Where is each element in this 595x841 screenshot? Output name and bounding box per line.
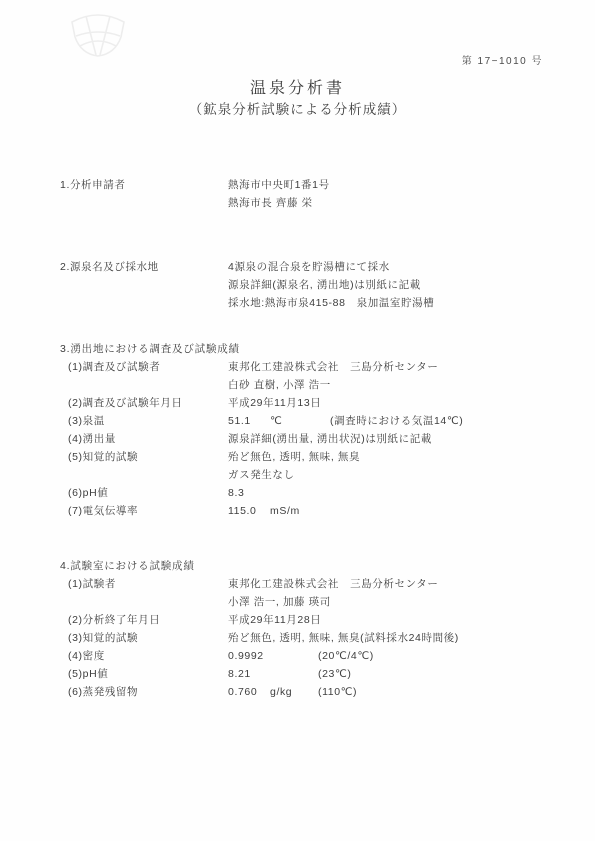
- row-value: 殆ど無色, 透明, 無味, 無臭(試料採水24時間後): [228, 629, 565, 647]
- doc-subtitle: （鉱泉分析試験による分析成績）: [0, 100, 595, 119]
- row-label: (3)知覚的試験: [68, 629, 228, 647]
- row-tester: (1)試験者 東邦化工建設株式会社 三島分析センター 小澤 浩一, 加藤 瑛司: [60, 575, 565, 611]
- surveyor-names: 白砂 直樹, 小澤 浩一: [228, 376, 565, 394]
- row-ph-lab: (5)pH値 8.21(23℃): [60, 665, 565, 683]
- row-discharge: (4)湧出量 源泉詳細(湧出量, 湧出状況)は別紙に記載: [60, 430, 565, 448]
- row-value: 平成29年11月28日: [228, 611, 565, 629]
- applicant-name: 熱海市長 齊藤 栄: [228, 194, 330, 212]
- section-onsite-survey-results: 3.湧出地における調査及び試験成績 (1)調査及び試験者 東邦化工建設株式会社 …: [60, 340, 565, 520]
- row-value: 0.760g/kg(110℃): [228, 683, 565, 701]
- row-sensory-test-onsite: (5)知覚的試験 殆ど無色, 透明, 無味, 無臭 ガス発生なし: [60, 448, 565, 484]
- row-value: 源泉詳細(湧出量, 湧出状況)は別紙に記載: [228, 430, 565, 448]
- temperature-unit: ℃: [270, 412, 330, 430]
- sampling-place: 採水地:熱海市泉415-88 泉加温室貯湯槽: [228, 294, 434, 312]
- applicant-address: 熱海市中央町1番1号: [228, 176, 330, 194]
- row-value: 8.21(23℃): [228, 665, 565, 683]
- doc-title: 温泉分析書: [0, 78, 595, 100]
- row-value: 115.0mS/m: [228, 502, 565, 520]
- row-spring-temperature: (3)泉温 51.1℃(調査時における気温14℃): [60, 412, 565, 430]
- row-ph-onsite: (6)pH値 8.3: [60, 484, 565, 502]
- section-source-and-sampling: 2.源泉名及び採水地 4源泉の混合泉を貯湯槽にて採水 源泉詳細(源泉名, 湧出地…: [60, 258, 565, 312]
- section1-label: 1.分析申請者: [60, 176, 228, 194]
- scanned-document-page: 第 17−1010 号 温泉分析書 （鉱泉分析試験による分析成績） 1.分析申請…: [0, 0, 595, 841]
- row-surveyor: (1)調査及び試験者 東邦化工建設株式会社 三島分析センター 白砂 直樹, 小澤…: [60, 358, 565, 394]
- residue-unit: g/kg: [270, 683, 318, 701]
- row-label: (6)蒸発残留物: [68, 683, 228, 701]
- section1-value: 熱海市中央町1番1号 熱海市長 齊藤 栄: [228, 176, 330, 212]
- row-label: (3)泉温: [68, 412, 228, 430]
- row-label: (1)調査及び試験者: [68, 358, 228, 376]
- section4-heading: 4.試験室における試験成績: [60, 557, 565, 575]
- ph-note: (23℃): [318, 668, 351, 680]
- row-value: 51.1℃(調査時における気温14℃): [228, 412, 565, 430]
- row-evaporation-residue: (6)蒸発残留物 0.760g/kg(110℃): [60, 683, 565, 701]
- row-label: (5)知覚的試験: [68, 448, 228, 466]
- doc-number: 第 17−1010 号: [462, 52, 543, 67]
- section-analysis-applicant: 1.分析申請者 熱海市中央町1番1号 熱海市長 齊藤 栄: [60, 176, 565, 212]
- row-label: (4)密度: [68, 647, 228, 665]
- surveyor-company: 東邦化工建設株式会社 三島分析センター: [228, 358, 565, 376]
- gas-note: ガス発生なし: [228, 466, 565, 484]
- conductivity-value: 115.0: [228, 502, 270, 520]
- temperature-note: (調査時における気温14℃): [330, 415, 463, 427]
- row-label: (2)分析終了年月日: [68, 611, 228, 629]
- sensory-result: 殆ど無色, 透明, 無味, 無臭: [228, 448, 565, 466]
- density-note: (20℃/4℃): [318, 650, 374, 662]
- row-label: (4)湧出量: [68, 430, 228, 448]
- tester-company: 東邦化工建設株式会社 三島分析センター: [228, 575, 565, 593]
- section2-label: 2.源泉名及び採水地: [60, 258, 228, 276]
- residue-value: 0.760: [228, 683, 270, 701]
- section3-heading: 3.湧出地における調査及び試験成績: [60, 340, 565, 358]
- title-block: 温泉分析書 （鉱泉分析試験による分析成績）: [0, 78, 595, 119]
- temperature-value: 51.1: [228, 412, 270, 430]
- tester-names: 小澤 浩一, 加藤 瑛司: [228, 593, 565, 611]
- row-value: 8.3: [228, 484, 565, 502]
- row-conductivity: (7)電気伝導率 115.0mS/m: [60, 502, 565, 520]
- section2-value: 4源泉の混合泉を貯湯槽にて採水 源泉詳細(源泉名, 湧出地)は別紙に記載 採水地…: [228, 258, 434, 312]
- source-mixing-note: 4源泉の混合泉を貯湯槽にて採水: [228, 258, 434, 276]
- row-density: (4)密度 0.9992(20℃/4℃): [60, 647, 565, 665]
- row-value: 東邦化工建設株式会社 三島分析センター 白砂 直樹, 小澤 浩一: [228, 358, 565, 394]
- row-label: (2)調査及び試験年月日: [68, 394, 228, 412]
- source-detail-note: 源泉詳細(源泉名, 湧出地)は別紙に記載: [228, 276, 434, 294]
- row-value: 平成29年11月13日: [228, 394, 565, 412]
- row-value: 0.9992(20℃/4℃): [228, 647, 565, 665]
- row-sensory-test-lab: (3)知覚的試験 殆ど無色, 透明, 無味, 無臭(試料採水24時間後): [60, 629, 565, 647]
- residue-note: (110℃): [318, 686, 357, 698]
- conductivity-unit: mS/m: [270, 505, 300, 517]
- row-label: (6)pH値: [68, 484, 228, 502]
- density-value: 0.9992: [228, 647, 318, 665]
- ph-value: 8.21: [228, 665, 318, 683]
- row-label: (1)試験者: [68, 575, 228, 593]
- row-survey-date: (2)調査及び試験年月日 平成29年11月13日: [60, 394, 565, 412]
- row-value: 東邦化工建設株式会社 三島分析センター 小澤 浩一, 加藤 瑛司: [228, 575, 565, 611]
- row-label: (7)電気伝導率: [68, 502, 228, 520]
- row-analysis-end-date: (2)分析終了年月日 平成29年11月28日: [60, 611, 565, 629]
- section-laboratory-results: 4.試験室における試験成績 (1)試験者 東邦化工建設株式会社 三島分析センター…: [60, 557, 565, 701]
- row-value: 殆ど無色, 透明, 無味, 無臭 ガス発生なし: [228, 448, 565, 484]
- embossed-seal-icon: [66, 6, 130, 58]
- row-label: (5)pH値: [68, 665, 228, 683]
